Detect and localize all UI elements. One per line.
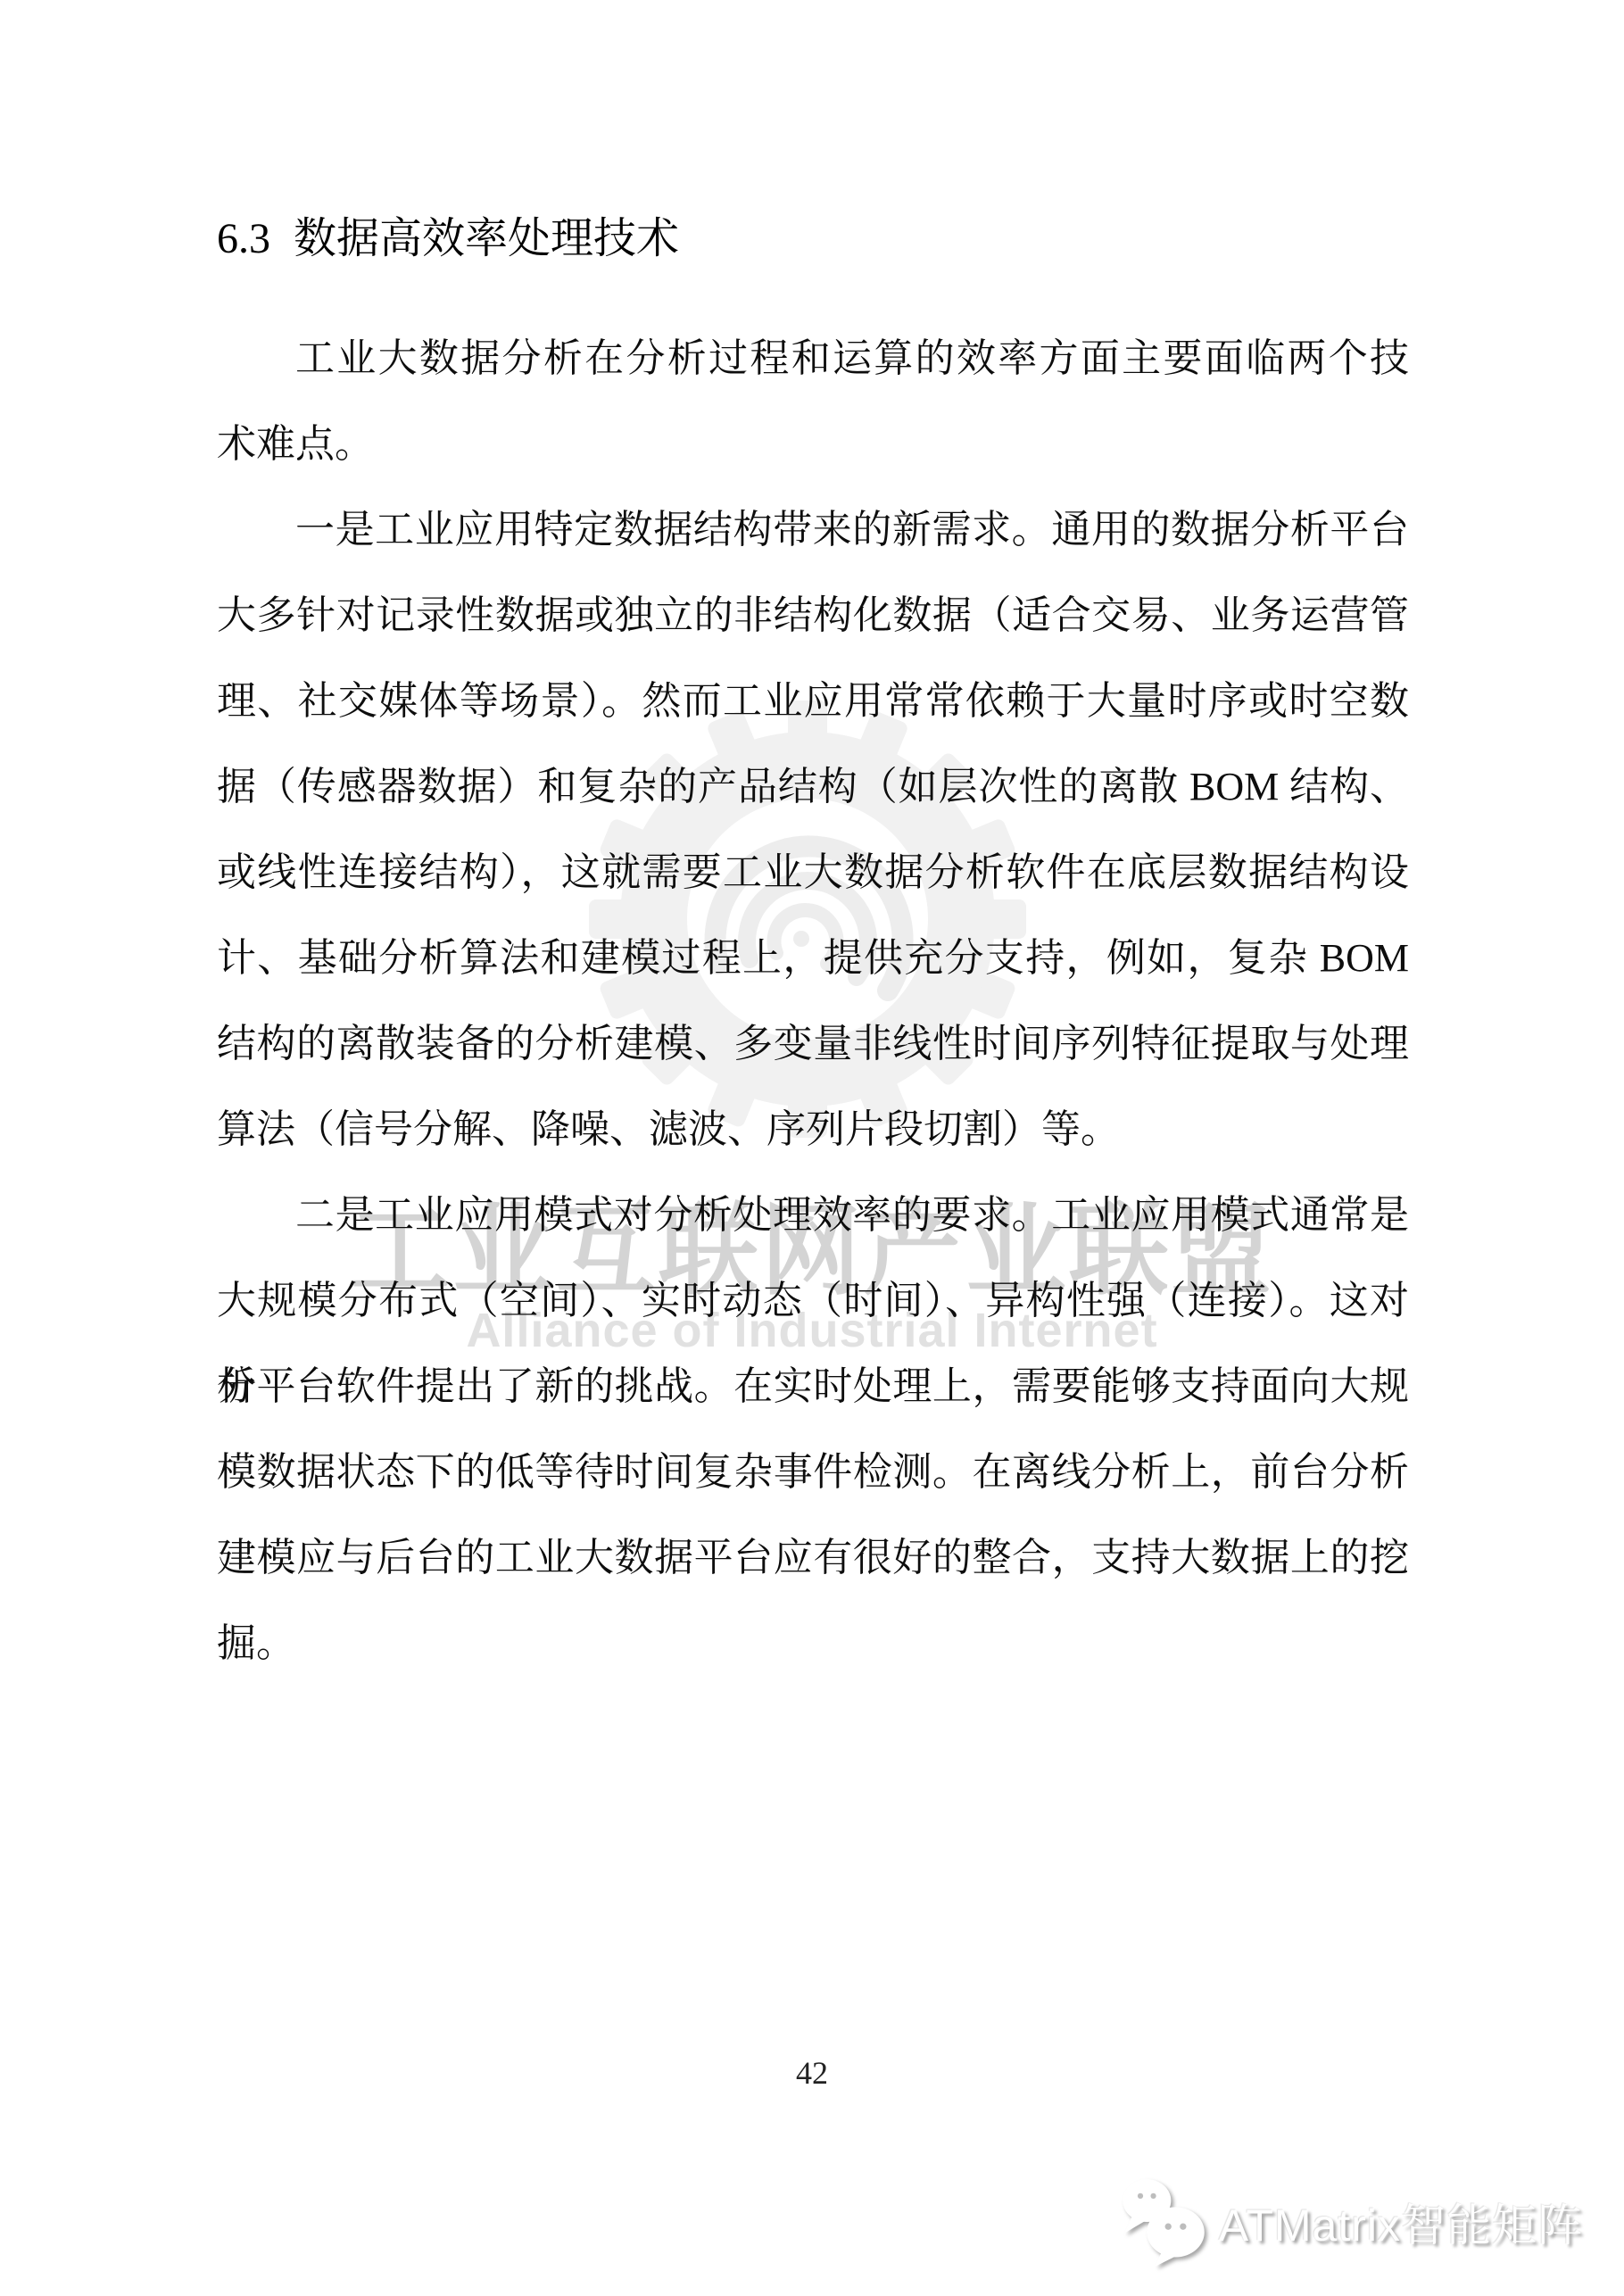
body-line: 掘。: [217, 1601, 1409, 1687]
section-title: 6.3数据高效率处理技术: [217, 203, 679, 265]
document-page: 工业互联网产业联盟 Alliance of Industrial Interne…: [0, 0, 1624, 2296]
body-line: 结构的离散装备的分析建模、多变量非线性时间序列特征提取与处理: [217, 1001, 1409, 1087]
body-line: 据（传感器数据）和复杂的产品结构（如层次性的离散 BOM 结构、: [217, 744, 1409, 830]
body-line: 大多针对记录性数据或独立的非结构化数据（适合交易、业务运营管: [217, 573, 1409, 659]
body-line: 术难点。: [217, 402, 1409, 487]
body-line: 大规模分布式（空间）、实时动态（时间）、异构性强（连接）。这对分: [217, 1258, 1409, 1344]
body-line: 二是工业应用模式对分析处理效率的要求。工业应用模式通常是: [217, 1173, 1409, 1258]
body-line: 模数据状态下的低等待时间复杂事件检测。在离线分析上，前台分析: [217, 1430, 1409, 1515]
body-line: 或线性连接结构），这就需要工业大数据分析软件在底层数据结构设: [217, 830, 1409, 916]
body-line: 理、社交媒体等场景）。然而工业应用常常依赖于大量时序或时空数: [217, 659, 1409, 744]
body-text: 工业大数据分析在分析过程和运算的效率方面主要面临两个技术难点。一是工业应用特定数…: [217, 316, 1409, 1687]
body-line: 一是工业应用特定数据结构带来的新需求。通用的数据分析平台: [217, 487, 1409, 573]
section-number: 6.3: [217, 215, 270, 262]
body-line: 工业大数据分析在分析过程和运算的效率方面主要面临两个技: [217, 316, 1409, 402]
footer-brand: ATMatrix智能矩阵: [1117, 2176, 1583, 2268]
body-line: 建模应与后台的工业大数据平台应有很好的整合，支持大数据上的挖: [217, 1515, 1409, 1601]
page-number: 42: [0, 2054, 1624, 2092]
body-line: 析平台软件提出了新的挑战。在实时处理上，需要能够支持面向大规: [217, 1344, 1409, 1430]
body-line: 计、基础分析算法和建模过程上，提供充分支持，例如，复杂 BOM: [217, 916, 1409, 1001]
body-line: 算法（信号分解、降噪、滤波、序列片段切割）等。: [217, 1087, 1409, 1173]
wechat-chat-bubbles-icon: [1117, 2176, 1210, 2268]
footer-brand-text: ATMatrix智能矩阵: [1219, 2190, 1583, 2254]
section-title-text: 数据高效率处理技术: [294, 215, 679, 262]
